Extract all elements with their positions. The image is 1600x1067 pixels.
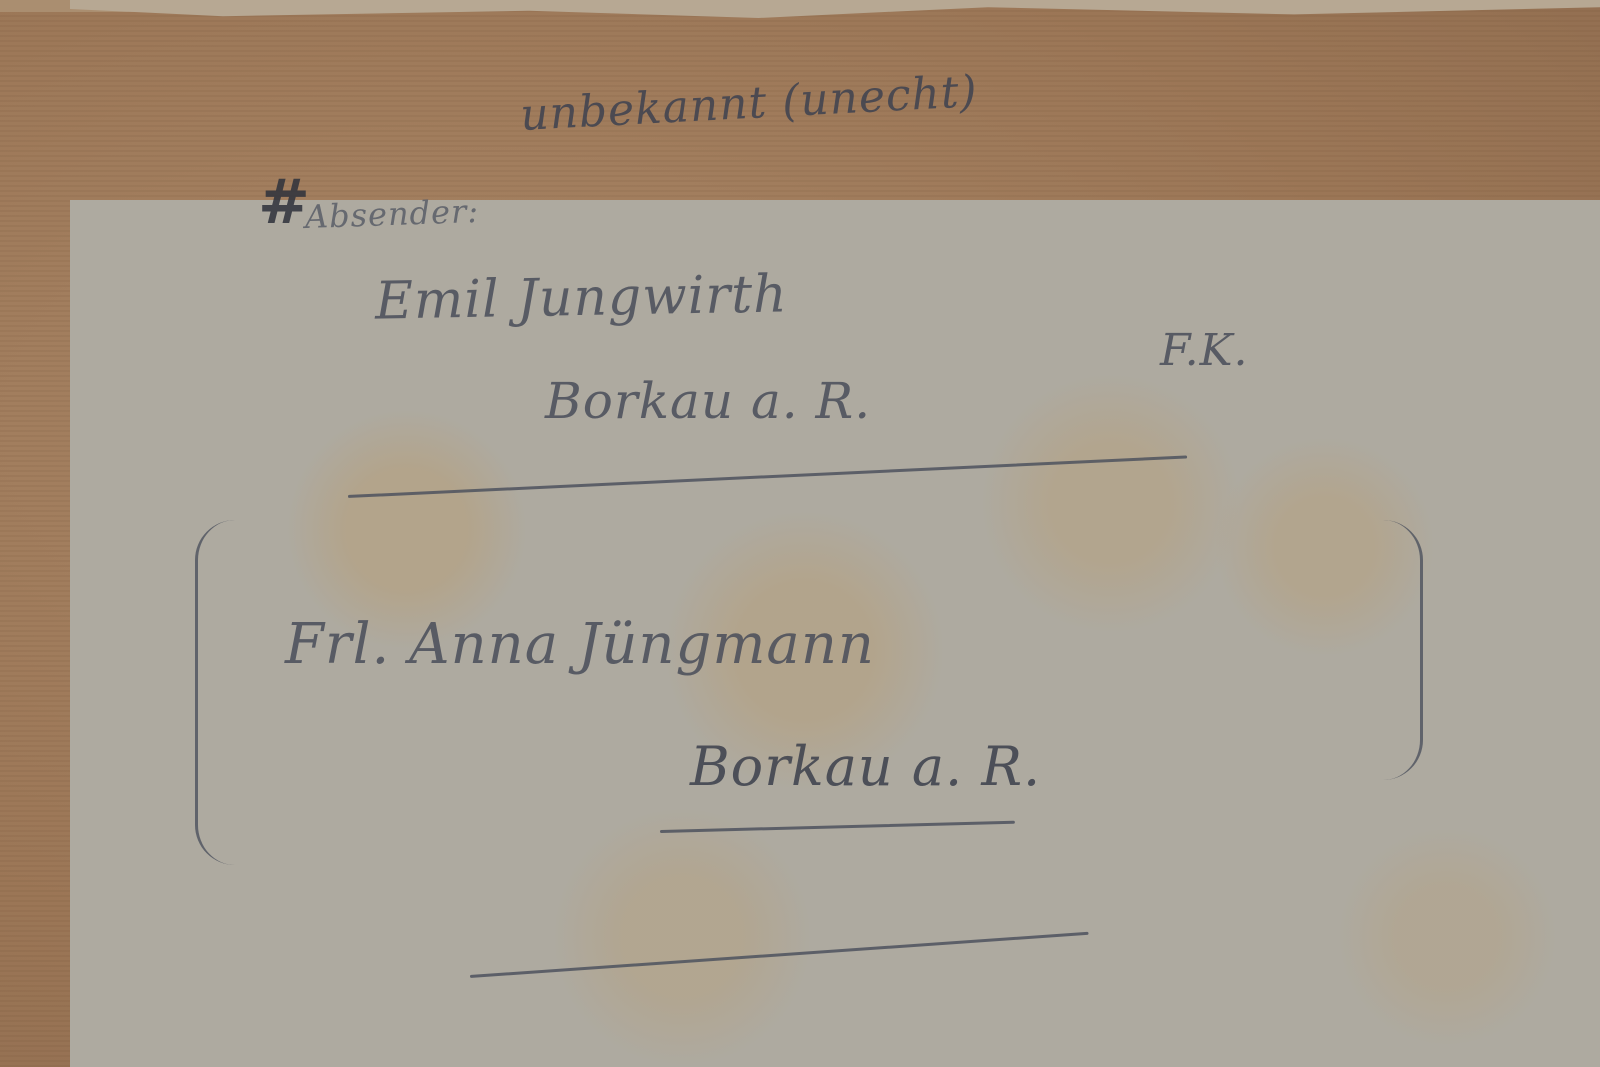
sender-place: Borkau a. R.	[545, 372, 871, 430]
smudge-mark: #	[258, 165, 311, 238]
left-bracket	[195, 520, 238, 865]
sender-name: Emil Jungwirth	[375, 264, 789, 331]
recipient-name: Frl. Anna Jüngmann	[285, 612, 875, 677]
right-bracket	[1380, 520, 1423, 780]
recipient-place: Borkau a. R.	[690, 735, 1041, 798]
sender-initials: F.K.	[1160, 325, 1249, 376]
sender-label: Absender:	[304, 192, 479, 236]
